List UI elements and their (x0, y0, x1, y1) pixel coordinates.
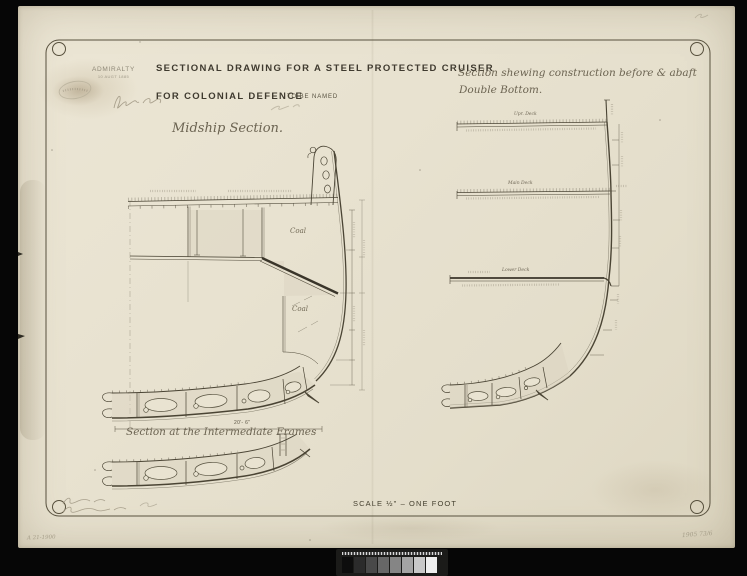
ink-signatures (63, 498, 157, 512)
grayscale-calibration-wedge (336, 549, 448, 576)
midship-section-label: Midship Section. (172, 121, 283, 136)
wedge-step (378, 557, 389, 573)
intermediate-frames-label: Section at the Intermediate Frames (126, 426, 316, 438)
intermediate-frames-drawing (102, 434, 310, 489)
wedge-step (414, 557, 425, 573)
upper-deck-label: Upr. Deck (514, 112, 537, 117)
drawing-subtitle: FOR COLONIAL DEFENCE (156, 91, 303, 102)
calibration-ruler (342, 552, 442, 555)
drawing-title: SECTIONAL DRAWING FOR A STEEL PROTECTED … (156, 63, 494, 74)
breadth-dimension: 20'- 6" (234, 420, 250, 426)
admiralty-stamp-date: 10 AUGT 1885 (92, 74, 135, 79)
admiralty-stamp: ADMIRALTY 10 AUGT 1885 (92, 66, 135, 79)
coal-annotation-lower: Coal (292, 305, 308, 313)
before-abaft-section-drawing (442, 100, 628, 408)
admiralty-stamp-line1: ADMIRALTY (92, 66, 135, 73)
midship-double-bottom (102, 366, 319, 421)
wedge-step (402, 557, 413, 573)
wedge-step (426, 557, 437, 573)
paper-tears (18, 252, 25, 339)
wedge-step (366, 557, 377, 573)
drawing-linework (0, 0, 747, 576)
before-abaft-label-line1: Section shewing construction before & ab… (458, 67, 697, 79)
sheet-border (46, 40, 710, 516)
pencil-mark-bottom-left: A 21-1900 (27, 535, 56, 542)
grayscale-wedge-steps (342, 557, 442, 573)
midship-section-drawing (102, 146, 365, 432)
abaft-double-bottom (442, 343, 570, 408)
to-be-named-note: TO BE NAMED (287, 94, 338, 100)
oval-stamp (58, 79, 92, 101)
wedge-step (354, 557, 365, 573)
before-abaft-label-line2: Double Bottom. (459, 84, 542, 96)
scale-note: SCALE ½" – ONE FOOT (353, 499, 457, 508)
midship-dimension-lines (330, 200, 365, 390)
abaft-dimension-ticks (590, 124, 622, 355)
main-deck-label: Main Deck (508, 181, 533, 186)
wedge-step (390, 557, 401, 573)
coal-annotation-upper: Coal (290, 227, 306, 235)
lower-deck-label: Lower Deck (502, 268, 529, 273)
wedge-step (342, 557, 353, 573)
